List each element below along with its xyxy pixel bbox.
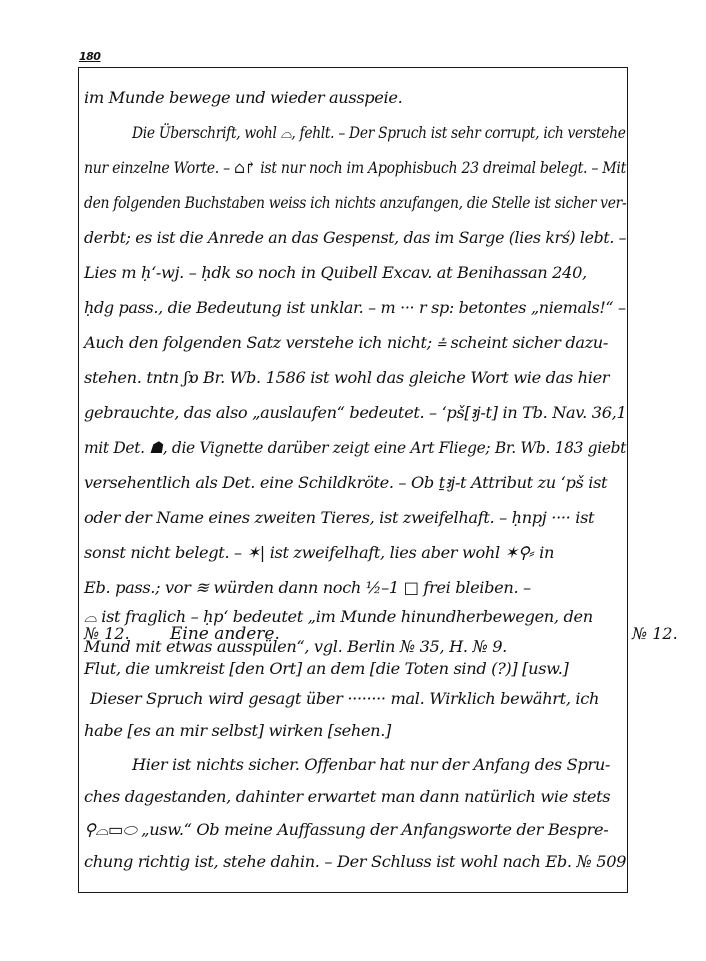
text-line: mit Det. ☗, die Vignette darüber zeigt e…	[84, 438, 626, 458]
text-line: habe [es an mir selbst] wirken [sehen.]	[84, 721, 391, 741]
text-line: ḥdg pass., die Bedeutung ist unklar. – m…	[84, 298, 626, 318]
margin-note: № 12.	[632, 624, 678, 643]
text-line: gebrauchte, das also „auslaufen“ bedeute…	[84, 403, 626, 423]
text-line: sonst nicht belegt. – ✶| ist zweifelhaft…	[84, 543, 554, 563]
text-line: Lies m ḥ‘-wj. – ḥdk so noch in Quibell E…	[84, 263, 587, 283]
text-line: derbt; es ist die Anrede an das Gespenst…	[84, 228, 626, 248]
text-line: ⚲⌓▭⬭ „usw.“ Ob meine Auffassung der Anfa…	[84, 820, 608, 840]
text-line: Dieser Spruch wird gesagt über ········ …	[90, 689, 599, 709]
text-line: versehentlich als Det. eine Schildkröte.…	[84, 473, 607, 493]
text-line: Eb. pass.; vor ≋ würden dann noch ½–1 □ …	[84, 578, 531, 598]
text-line: ⌓ ist fraglich – ḥp‘ bedeutet „im Munde …	[84, 607, 593, 627]
text-line: im Munde bewege und wieder ausspeie.	[84, 88, 402, 108]
text-line: den folgenden Buchstaben weiss ich nicht…	[84, 193, 626, 213]
section-number: № 12.	[84, 624, 130, 643]
text-line: Auch den folgenden Satz verstehe ich nic…	[84, 333, 608, 353]
text-line: Die Überschrift, wohl ⌓, fehlt. – Der Sp…	[132, 123, 626, 143]
section-title: Eine andere.	[170, 624, 280, 644]
text-line: Mund mit etwas ausspülen“, vgl. Berlin №…	[84, 637, 507, 657]
text-line: chung richtig ist, stehe dahin. – Der Sc…	[84, 852, 626, 872]
text-line: oder der Name eines zweiten Tieres, ist …	[84, 508, 594, 528]
text-line: nur einzelne Worte. – ⌂↱ ist nur noch im…	[84, 158, 626, 178]
text-line: Hier ist nichts sicher. Offenbar hat nur…	[132, 755, 610, 775]
text-line: ches dagestanden, dahinter erwartet man …	[84, 787, 610, 807]
page-number: 180	[79, 50, 100, 63]
text-line: stehen. tntn ʃɒ Br. Wb. 1586 ist wohl da…	[84, 368, 609, 388]
text-line: Flut, die umkreist [den Ort] an dem [die…	[84, 659, 569, 679]
